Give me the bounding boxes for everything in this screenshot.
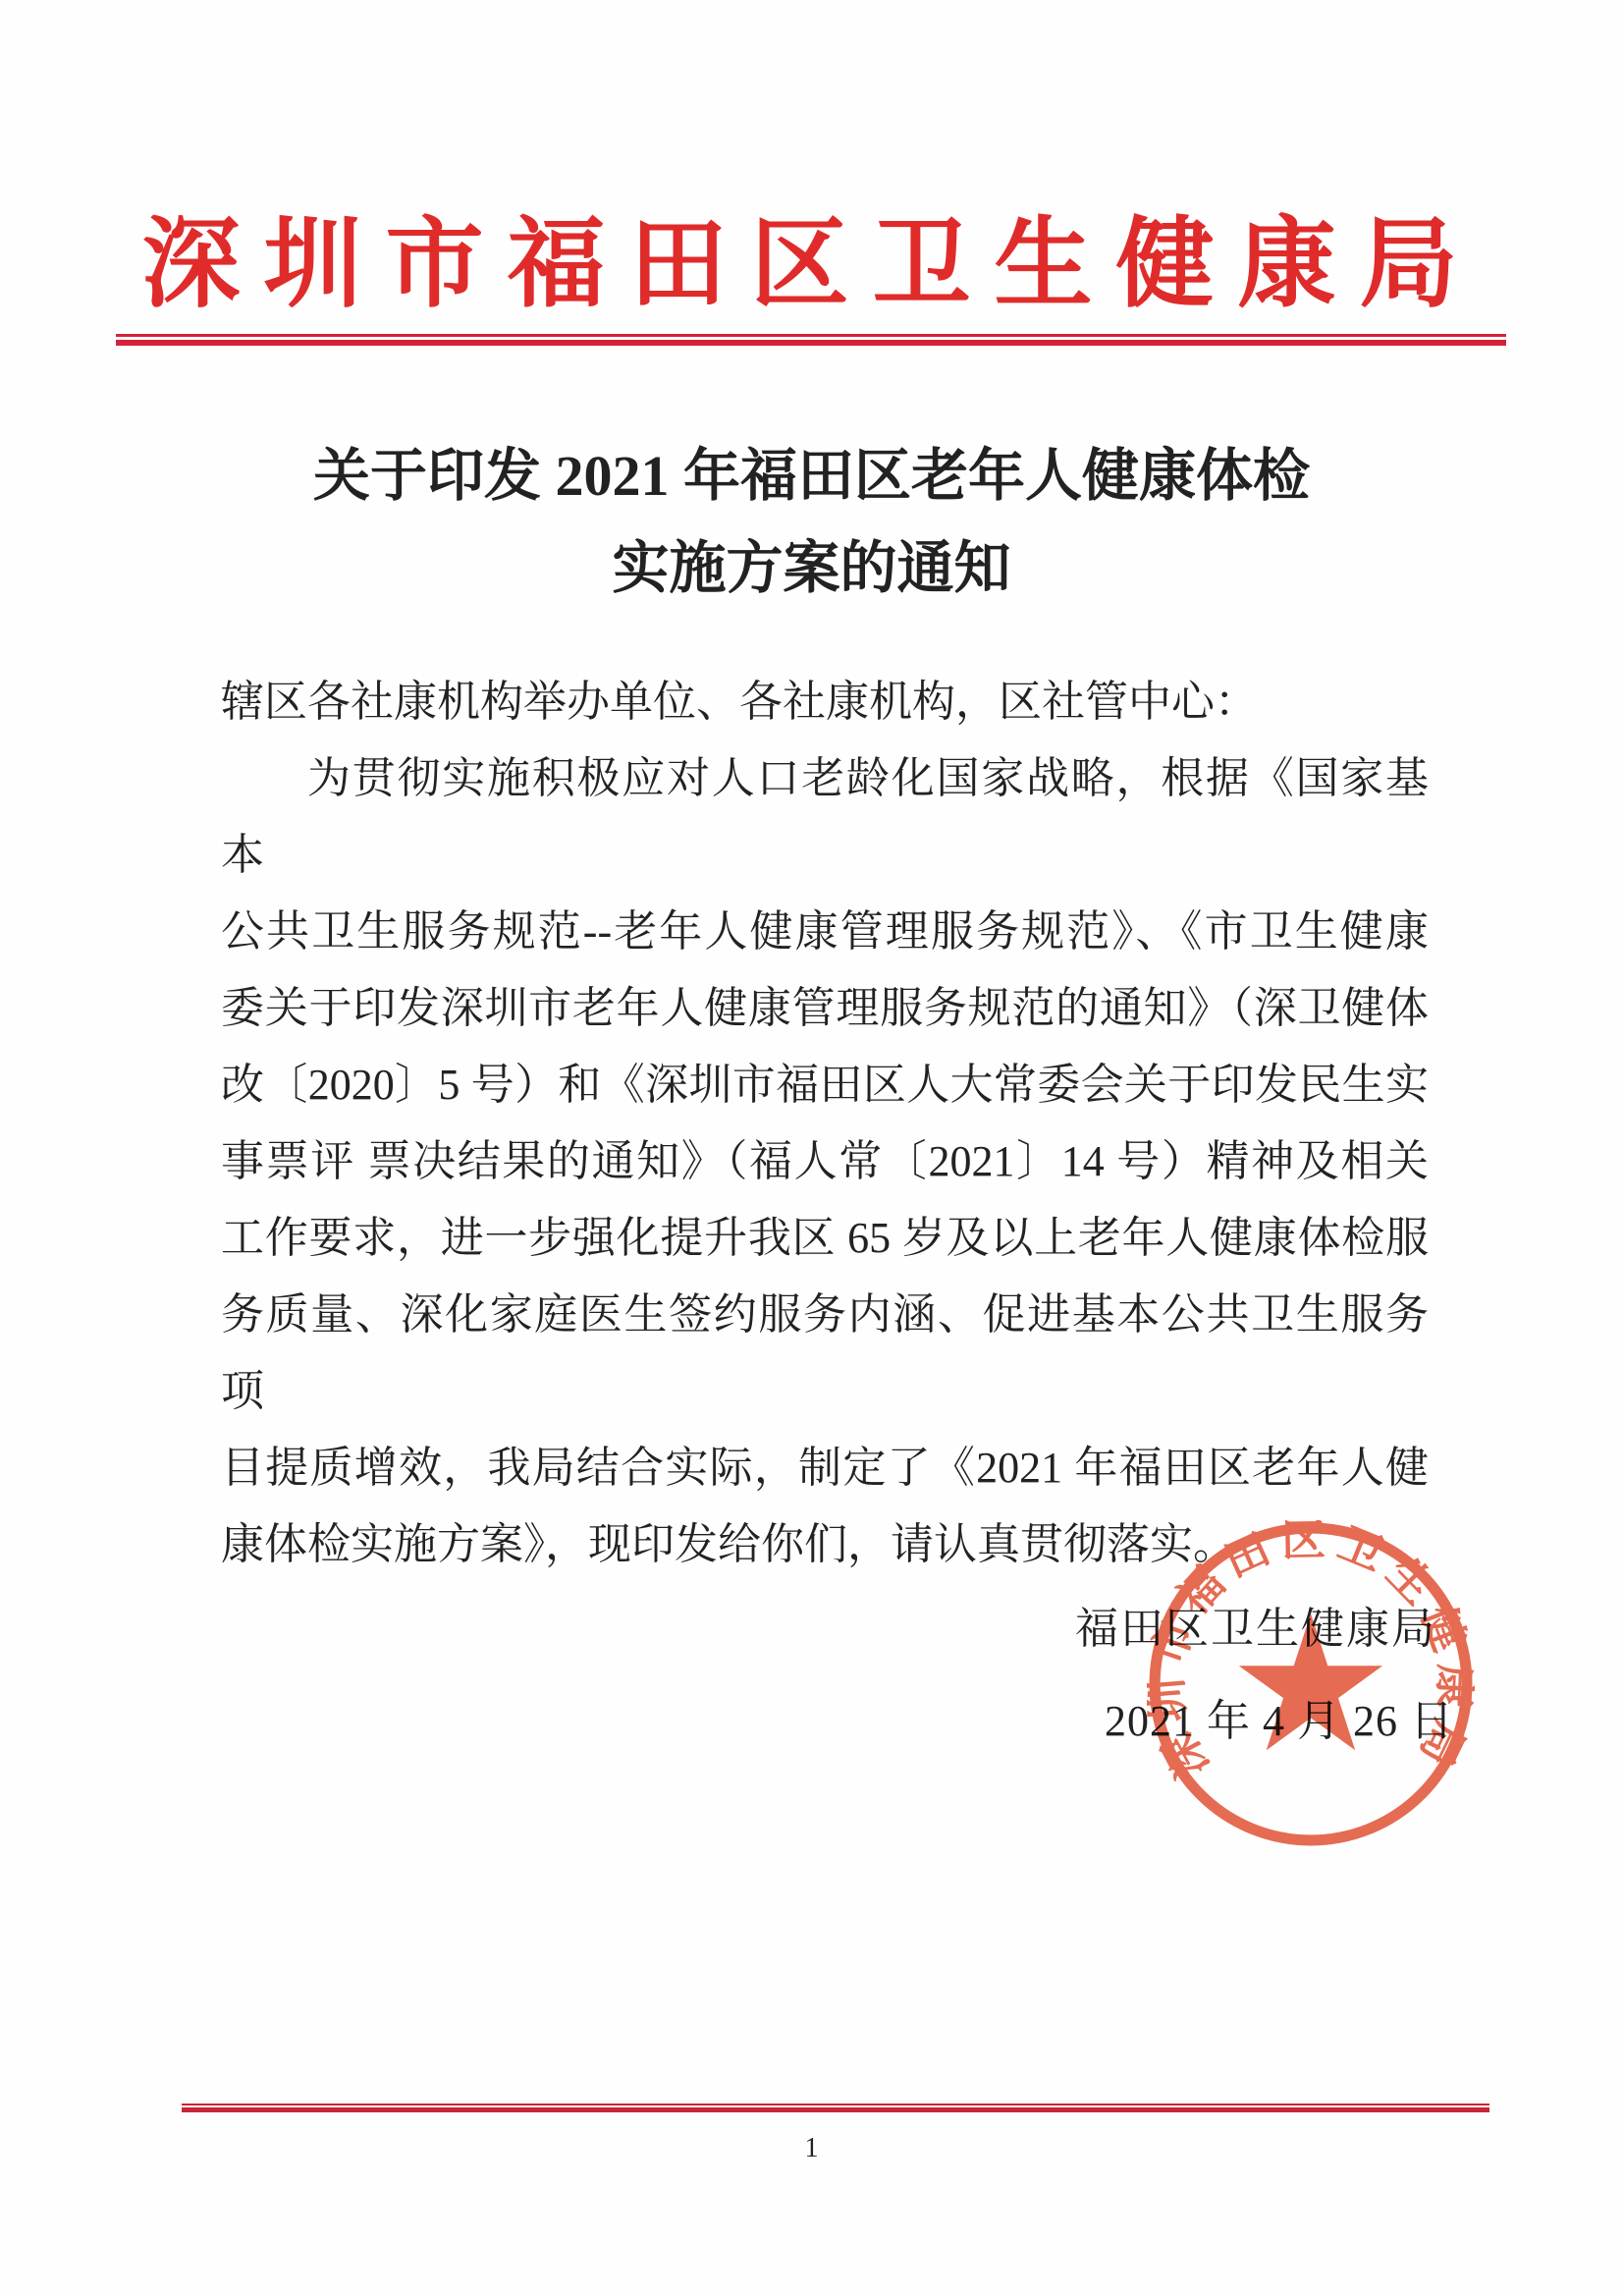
body-line-salutation: 辖区各社康机构举办单位、各社康机构，区社管中心： [221,664,1429,740]
header-red-rule [116,334,1506,346]
body-line: 委关于印发深圳市老年人健康管理服务规范的通知》（深卫健体 [221,970,1429,1047]
body-line: 务质量、深化家庭医生签约服务内涵、促进基本公共卫生服务项 [221,1277,1429,1430]
body-line-last: 康体检实施方案》，现印发给你们，请认真贯彻落实。 [221,1506,1429,1583]
document-title: 关于印发 2021 年福田区老年人健康体检 实施方案的通知 [0,430,1623,615]
body-text: 辖区各社康机构举办单位、各社康机构，区社管中心： 为贯彻实施积极应对人口老龄化国… [221,664,1429,1583]
document-title-line2: 实施方案的通知 [0,522,1623,615]
document-title-line1: 关于印发 2021 年福田区老年人健康体检 [0,430,1623,522]
body-line: 改〔2020〕5 号）和《深圳市福田区人大常委会关于印发民生实 [221,1047,1429,1123]
letterhead-title: 深圳市福田区卫生健康局 [0,185,1623,326]
signature-date: 2021 年 4 月 26 日 [1105,1685,1454,1748]
body-line: 公共卫生服务规范--老年人健康管理服务规范》、《市卫生健康 [221,894,1429,970]
signature-organization: 福田区卫生健康局 [1075,1593,1436,1656]
body-line: 事票评 票决结果的通知》（福人常〔2021〕14 号）精神及相关 [221,1123,1429,1200]
footer-red-rule [182,2104,1489,2112]
document-page: 深圳市福田区卫生健康局 关于印发 2021 年福田区老年人健康体检 实施方案的通… [0,0,1623,2296]
body-line: 为贯彻实施积极应对人口老龄化国家战略，根据《国家基本 [221,740,1429,894]
body-line: 目提质增效，我局结合实际，制定了《2021 年福田区老年人健 [221,1430,1429,1506]
body-line: 工作要求，进一步强化提升我区 65 岁及以上老年人健康体检服 [221,1200,1429,1277]
page-number: 1 [0,2133,1623,2164]
